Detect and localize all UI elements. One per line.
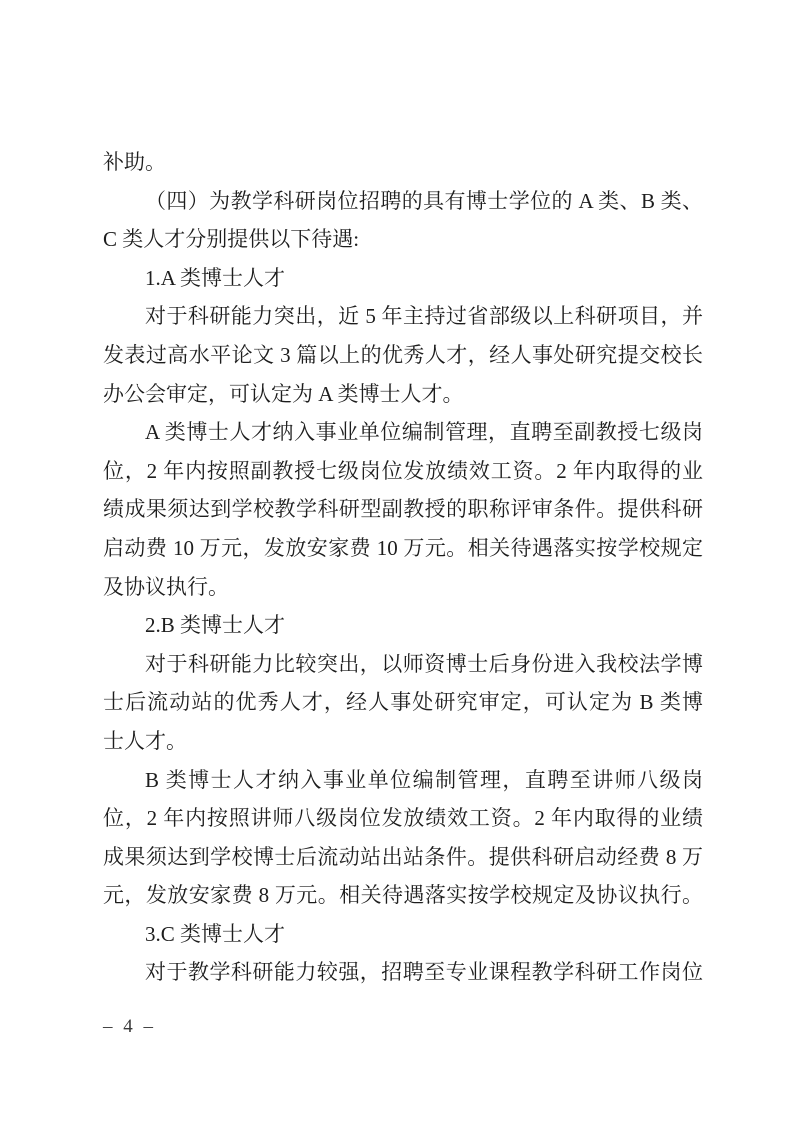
text-line: 成果须达到学校博士后流动站出站条件。提供科研启动经费 8 万 <box>103 838 703 877</box>
document-body: 补助。（四）为教学科研岗位招聘的具有博士学位的 A 类、B 类、C 类人才分别提… <box>103 143 703 992</box>
text-line: 位，2 年内按照副教授七级岗位发放绩效工资。2 年内取得的业 <box>103 452 703 491</box>
text-line: 启动费 10 万元，发放安家费 10 万元。相关待遇落实按学校规定 <box>103 529 703 568</box>
text-line: 对于教学科研能力较强，招聘至专业课程教学科研工作岗位 <box>103 953 703 992</box>
text-line: 对于科研能力比较突出，以师资博士后身份进入我校法学博 <box>103 645 703 684</box>
text-line: 绩成果须达到学校教学科研型副教授的职称评审条件。提供科研 <box>103 490 703 529</box>
page-number: – 4 – <box>103 1012 156 1042</box>
text-line: 补助。 <box>103 143 703 182</box>
text-line: （四）为教学科研岗位招聘的具有博士学位的 A 类、B 类、 <box>103 182 703 221</box>
document-page: 补助。（四）为教学科研岗位招聘的具有博士学位的 A 类、B 类、C 类人才分别提… <box>0 0 793 1122</box>
text-line: 对于科研能力突出，近 5 年主持过省部级以上科研项目，并 <box>103 297 703 336</box>
text-line: B 类博士人才纳入事业单位编制管理，直聘至讲师八级岗 <box>103 761 703 800</box>
text-line: 办公会审定，可认定为 A 类博士人才。 <box>103 375 703 414</box>
text-line: 位，2 年内按照讲师八级岗位发放绩效工资。2 年内取得的业绩 <box>103 799 703 838</box>
text-line: 2.B 类博士人才 <box>103 606 703 645</box>
text-line: C 类人才分别提供以下待遇: <box>103 220 703 259</box>
text-line: 3.C 类博士人才 <box>103 915 703 954</box>
text-line: 发表过高水平论文 3 篇以上的优秀人才，经人事处研究提交校长 <box>103 336 703 375</box>
text-line: 元，发放安家费 8 万元。相关待遇落实按学校规定及协议执行。 <box>103 876 703 915</box>
text-line: 士后流动站的优秀人才，经人事处研究审定，可认定为 B 类博 <box>103 683 703 722</box>
text-line: 1.A 类博士人才 <box>103 259 703 298</box>
text-line: A 类博士人才纳入事业单位编制管理，直聘至副教授七级岗 <box>103 413 703 452</box>
text-line: 及协议执行。 <box>103 568 703 607</box>
text-line: 士人才。 <box>103 722 703 761</box>
